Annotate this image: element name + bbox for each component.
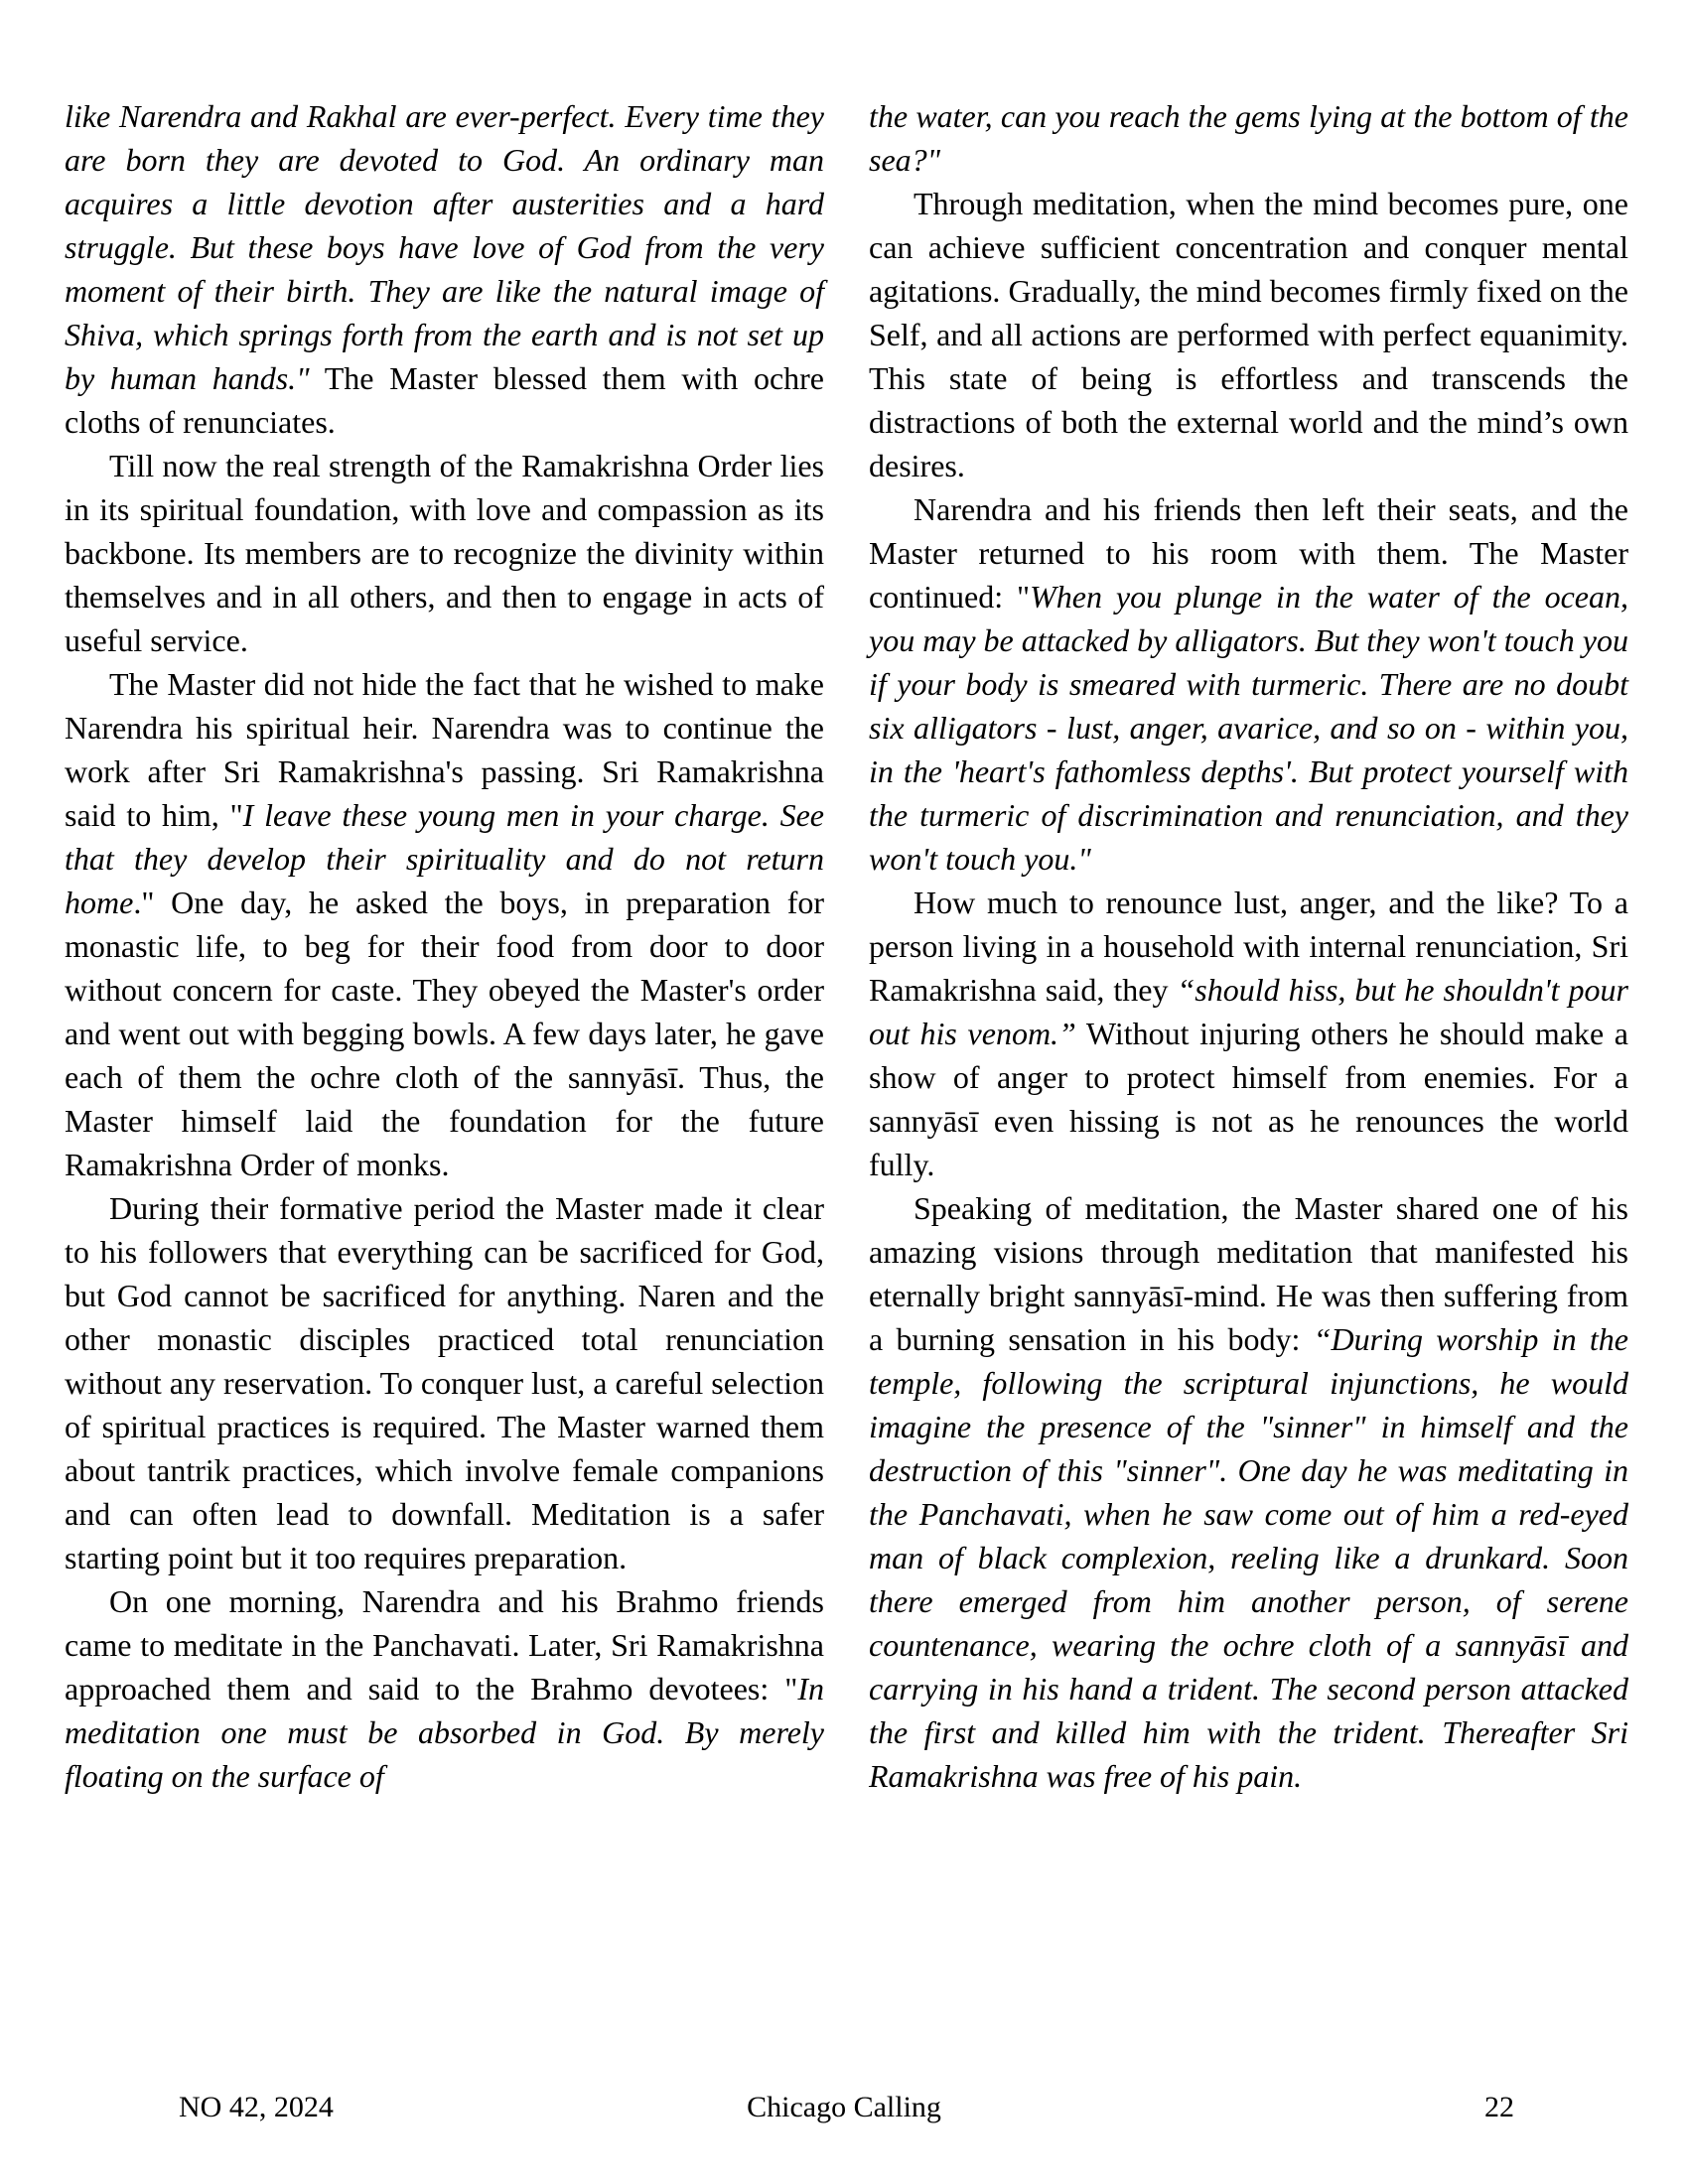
two-column-text-block: like Narendra and Rakhal are ever-perfec… xyxy=(65,94,1628,1798)
left-column: like Narendra and Rakhal are ever-perfec… xyxy=(65,94,824,1798)
magazine-page: like Narendra and Rakhal are ever-perfec… xyxy=(0,0,1688,2184)
paragraph: Narendra and his friends then left their… xyxy=(869,487,1628,881)
quoted-italic-text: like Narendra and Rakhal are ever-perfec… xyxy=(65,98,824,396)
paragraph: Through meditation, when the mind become… xyxy=(869,182,1628,487)
right-column: the water, can you reach the gems lying … xyxy=(869,94,1628,1798)
paragraph: the water, can you reach the gems lying … xyxy=(869,94,1628,182)
quoted-italic-text: the water, can you reach the gems lying … xyxy=(869,98,1628,178)
quoted-italic-text: When you plunge in the water of the ocea… xyxy=(869,579,1628,877)
paragraph: Till now the real strength of the Ramakr… xyxy=(65,444,824,662)
footer-journal-title: Chicago Calling xyxy=(0,2088,1688,2127)
body-text: ." One day, he asked the boys, in prepar… xyxy=(65,885,824,1182)
paragraph: How much to renounce lust, anger, and th… xyxy=(869,881,1628,1186)
footer-page-number: 22 xyxy=(1484,2088,1514,2127)
page-footer: NO 42, 2024 Chicago Calling 22 xyxy=(0,2088,1688,2131)
body-text: During their formative period the Master… xyxy=(65,1190,824,1575)
quoted-italic-text: “During worship in the temple, following… xyxy=(869,1321,1628,1794)
paragraph: The Master did not hide the fact that he… xyxy=(65,662,824,1186)
paragraph: During their formative period the Master… xyxy=(65,1186,824,1579)
paragraph: Speaking of meditation, the Master share… xyxy=(869,1186,1628,1798)
paragraph: On one morning, Narendra and his Brahmo … xyxy=(65,1579,824,1798)
body-text: On one morning, Narendra and his Brahmo … xyxy=(65,1583,824,1706)
body-text: Through meditation, when the mind become… xyxy=(869,186,1628,483)
paragraph: like Narendra and Rakhal are ever-perfec… xyxy=(65,94,824,444)
body-text: Till now the real strength of the Ramakr… xyxy=(65,448,824,658)
